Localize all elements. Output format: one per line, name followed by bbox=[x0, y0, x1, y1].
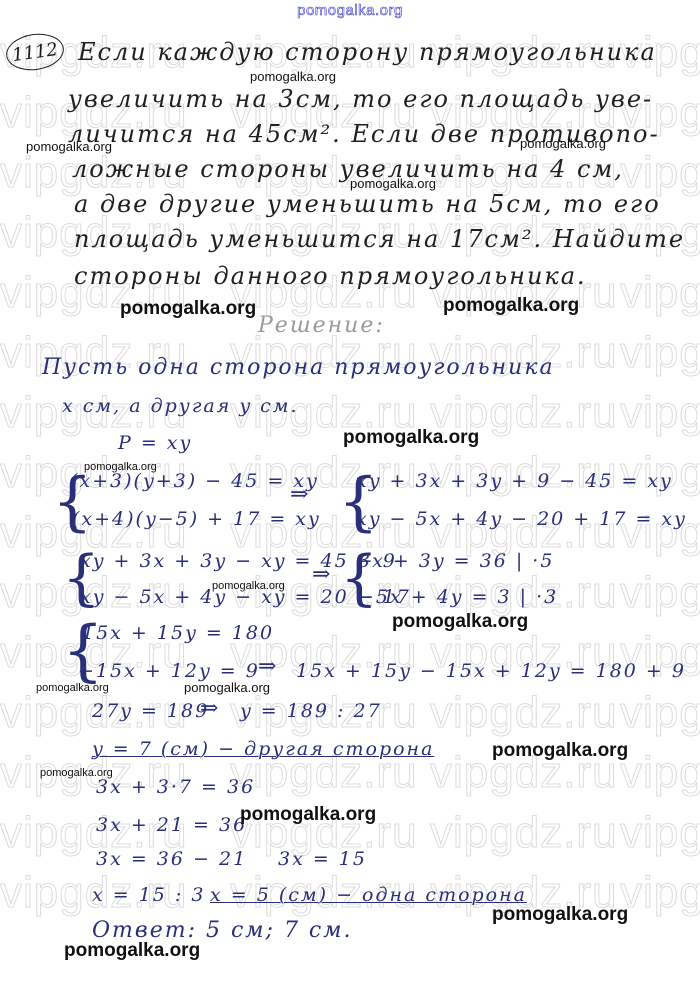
watermark-label: pomogalka.org bbox=[84, 461, 157, 473]
implies-arrow: ⇒ bbox=[312, 562, 330, 587]
task-line: Если каждую сторону прямоугольника bbox=[78, 38, 657, 66]
background-watermark: vipgdz.ru bbox=[620, 868, 700, 918]
equation: xy − 5x + 4y − 20 + 17 = xy bbox=[356, 508, 687, 530]
watermark-label: pomogalka.org bbox=[212, 580, 285, 592]
watermark-label: pomogalka.org bbox=[350, 176, 436, 191]
task-line: стороны данного прямоугольника. bbox=[74, 262, 587, 290]
solution-intro-line: Пусть одна сторона прямоугольника bbox=[42, 355, 555, 380]
equation: (x+4)(y−5) + 17 = xy bbox=[72, 508, 321, 530]
task-line: площадь уменьшится на 17см². Найдите bbox=[74, 225, 685, 253]
background-watermark: vipgdz.ru bbox=[620, 328, 700, 378]
watermark-label: pomogalka.org bbox=[443, 295, 579, 317]
background-watermark: vipgdz.ru bbox=[430, 688, 618, 738]
equation: y = 189 : 27 bbox=[240, 700, 382, 722]
equation: 27y = 189 bbox=[92, 700, 209, 722]
equation: 3x + 3·7 = 36 bbox=[96, 776, 255, 798]
equation: −15x + 12y = 9 bbox=[78, 660, 260, 682]
equation: −5x + 4y = 3 | ·3 bbox=[358, 586, 558, 608]
area-formula: P = xy bbox=[118, 432, 192, 454]
implies-arrow: ⇒ bbox=[200, 696, 218, 721]
watermark-label: pomogalka.org bbox=[250, 69, 336, 84]
equation: 3x = 15 bbox=[278, 848, 367, 870]
task-line: ложные стороны увеличить на 4 см, bbox=[72, 155, 624, 183]
solution-heading: Решение: bbox=[258, 313, 385, 338]
equation: xy + 3x + 3y + 9 − 45 = xy bbox=[356, 470, 673, 492]
watermark-label: pomogalka.org bbox=[343, 427, 479, 449]
background-watermark: vipgdz.ru bbox=[430, 808, 618, 858]
watermark-label: pomogalka.org bbox=[120, 298, 256, 320]
equation: x = 15 : 3 bbox=[92, 884, 205, 906]
task-line: а две другие уменьшить на 5см, то его bbox=[74, 190, 661, 218]
x-result: x = 5 (см) − одна сторона bbox=[210, 884, 527, 906]
background-watermark: vipgdz.ru bbox=[620, 808, 700, 858]
task-number: 1112 bbox=[4, 30, 66, 74]
watermark-label: pomogalka.org bbox=[64, 940, 200, 962]
background-watermark: vipgdz.ru bbox=[620, 268, 700, 318]
watermark-label: pomogalka.org bbox=[36, 682, 109, 694]
watermark-label: pomogalka.org bbox=[26, 139, 112, 154]
task-line: увеличить на 3см, то его площадь уве- bbox=[68, 85, 653, 113]
background-watermark: vipgdz.ru bbox=[620, 568, 700, 618]
equation: 15x + 15y = 180 bbox=[82, 622, 274, 644]
equation: 15x + 15y − 15x + 12y = 180 + 9 bbox=[296, 660, 686, 682]
equation: 3x = 36 − 21 bbox=[96, 848, 247, 870]
background-watermark: vipgdz.ru bbox=[620, 388, 700, 438]
y-result: y = 7 (см) − другая сторона bbox=[92, 738, 434, 760]
implies-arrow: ⇒ bbox=[290, 482, 308, 507]
implies-arrow: ⇒ bbox=[258, 654, 276, 679]
watermark-label: pomogalka.org bbox=[492, 904, 628, 926]
equation: (x+3)(y+3) − 45 = xy bbox=[70, 470, 319, 492]
solution-intro-line: x см, а другая y см. bbox=[62, 395, 299, 417]
equation: 3x + 3y = 36 | ·5 bbox=[358, 550, 554, 572]
watermark-label: pomogalka.org bbox=[184, 680, 270, 695]
watermark-label: pomogalka.org bbox=[240, 804, 376, 826]
site-link[interactable]: pomogalka.org bbox=[0, 2, 700, 19]
equation: 3x + 21 = 36 bbox=[96, 814, 247, 836]
watermark-label: pomogalka.org bbox=[492, 740, 628, 762]
watermark-label: pomogalka.org bbox=[520, 136, 606, 151]
background-watermark: vipgdz.ru bbox=[620, 748, 700, 798]
watermark-label: pomogalka.org bbox=[40, 767, 113, 779]
background-watermark: vipgdz.ru bbox=[620, 688, 700, 738]
homework-page: vipgdz.ruvipgdz.ruvipgdz.ruvipgdz.ruvipg… bbox=[0, 0, 700, 1005]
watermark-label: pomogalka.org bbox=[392, 611, 528, 633]
